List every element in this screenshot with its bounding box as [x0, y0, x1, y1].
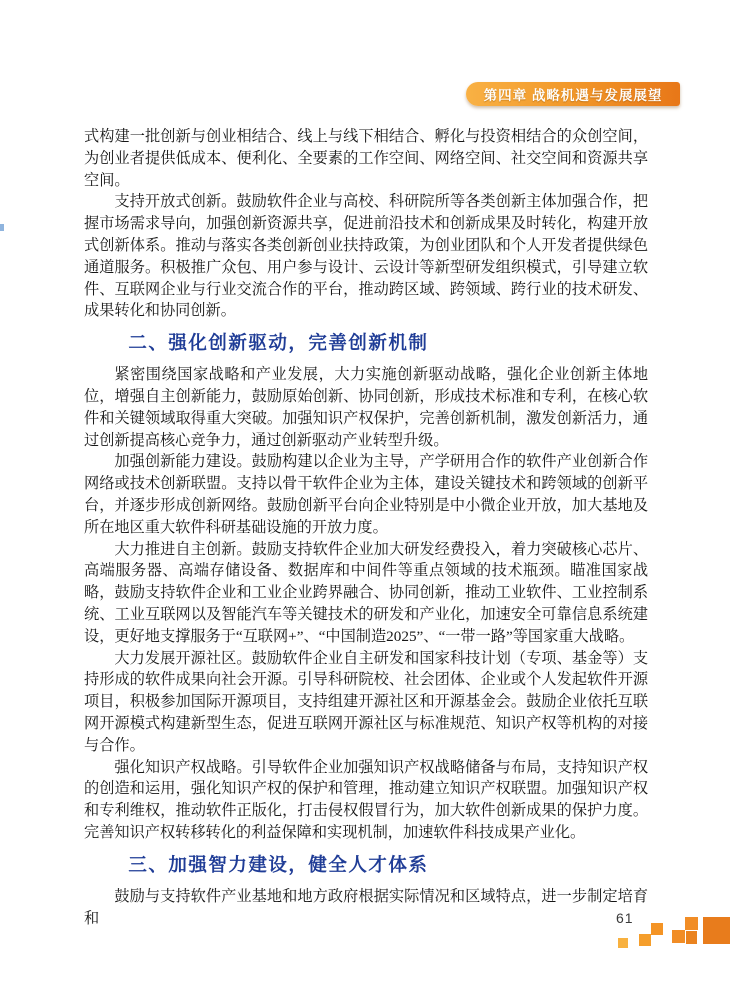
section-heading-3: 三、加强智力建设，健全人才体系: [84, 853, 648, 877]
paragraph-continuation: 式构建一批创新与创业相结合、线上与线下相结合、孵化与投资相结合的众创空间，为创业…: [84, 126, 648, 191]
document-page: 第四章 战略机遇与发展展望 式构建一批创新与创业相结合、线上与线下相结合、孵化与…: [0, 0, 730, 984]
decor-pixel: [618, 938, 628, 948]
paragraph: 强化知识产权战略。引导软件企业加强知识产权战略储备与布局，支持知识产权的创造和运…: [84, 757, 648, 844]
paragraph: 紧密围绕国家战略和产业发展，大力实施创新驱动战略，强化企业创新主体地位，增强自主…: [84, 364, 648, 451]
paragraph: 支持开放式创新。鼓励软件企业与高校、科研院所等各类创新主体加强合作，把握市场需求…: [84, 191, 648, 322]
decor-pixel: [672, 930, 685, 943]
decor-pixel: [651, 923, 663, 935]
paragraph: 鼓励与支持软件产业基地和地方政府根据实际情况和区域特点，进一步制定培育和: [84, 886, 648, 930]
paragraph: 大力推进自主创新。鼓励支持软件企业加大研发经费投入，着力突破核心芯片、高端服务器…: [84, 539, 648, 648]
chapter-banner-label: 第四章 战略机遇与发展展望: [484, 84, 663, 104]
decor-pixel: [703, 917, 730, 944]
body-text-column: 式构建一批创新与创业相结合、线上与线下相结合、孵化与投资相结合的众创空间，为创业…: [84, 126, 648, 929]
decor-pixel: [685, 917, 698, 930]
decor-pixel: [0, 224, 4, 231]
paragraph: 大力发展开源社区。鼓励软件企业自主研发和国家科技计划（专项、基金等）支持形成的软…: [84, 648, 648, 757]
section-heading-2: 二、强化创新驱动，完善创新机制: [84, 331, 648, 355]
paragraph: 加强创新能力建设。鼓励构建以企业为主导，产学研用合作的软件产业创新合作网络或技术…: [84, 451, 648, 538]
chapter-banner: 第四章 战略机遇与发展展望: [466, 82, 680, 106]
page-number: 61: [616, 910, 634, 926]
decor-pixel: [639, 934, 651, 946]
decor-pixel: [686, 931, 697, 944]
